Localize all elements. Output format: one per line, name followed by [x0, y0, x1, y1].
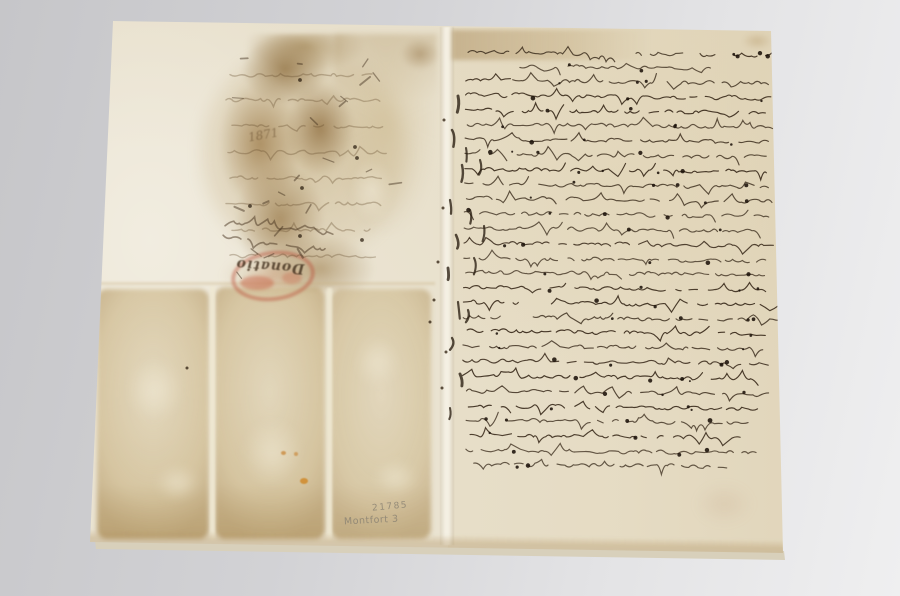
handwriting-svg: [0, 0, 900, 596]
orange-stain-dot: [294, 452, 298, 456]
handwriting-lines: [462, 46, 796, 476]
fragment-flecks: [232, 58, 401, 278]
manuscript-paper: Donatio 1871 21785 Montfort 3: [0, 0, 900, 596]
margin-flourishes: [186, 96, 485, 419]
orange-stain-dot: [300, 478, 308, 484]
photo-of-manuscript: Donatio 1871 21785 Montfort 3: [0, 0, 900, 596]
orange-stain-dot: [281, 451, 286, 455]
address-writing: [222, 213, 334, 257]
ghost-writing: [226, 74, 386, 258]
